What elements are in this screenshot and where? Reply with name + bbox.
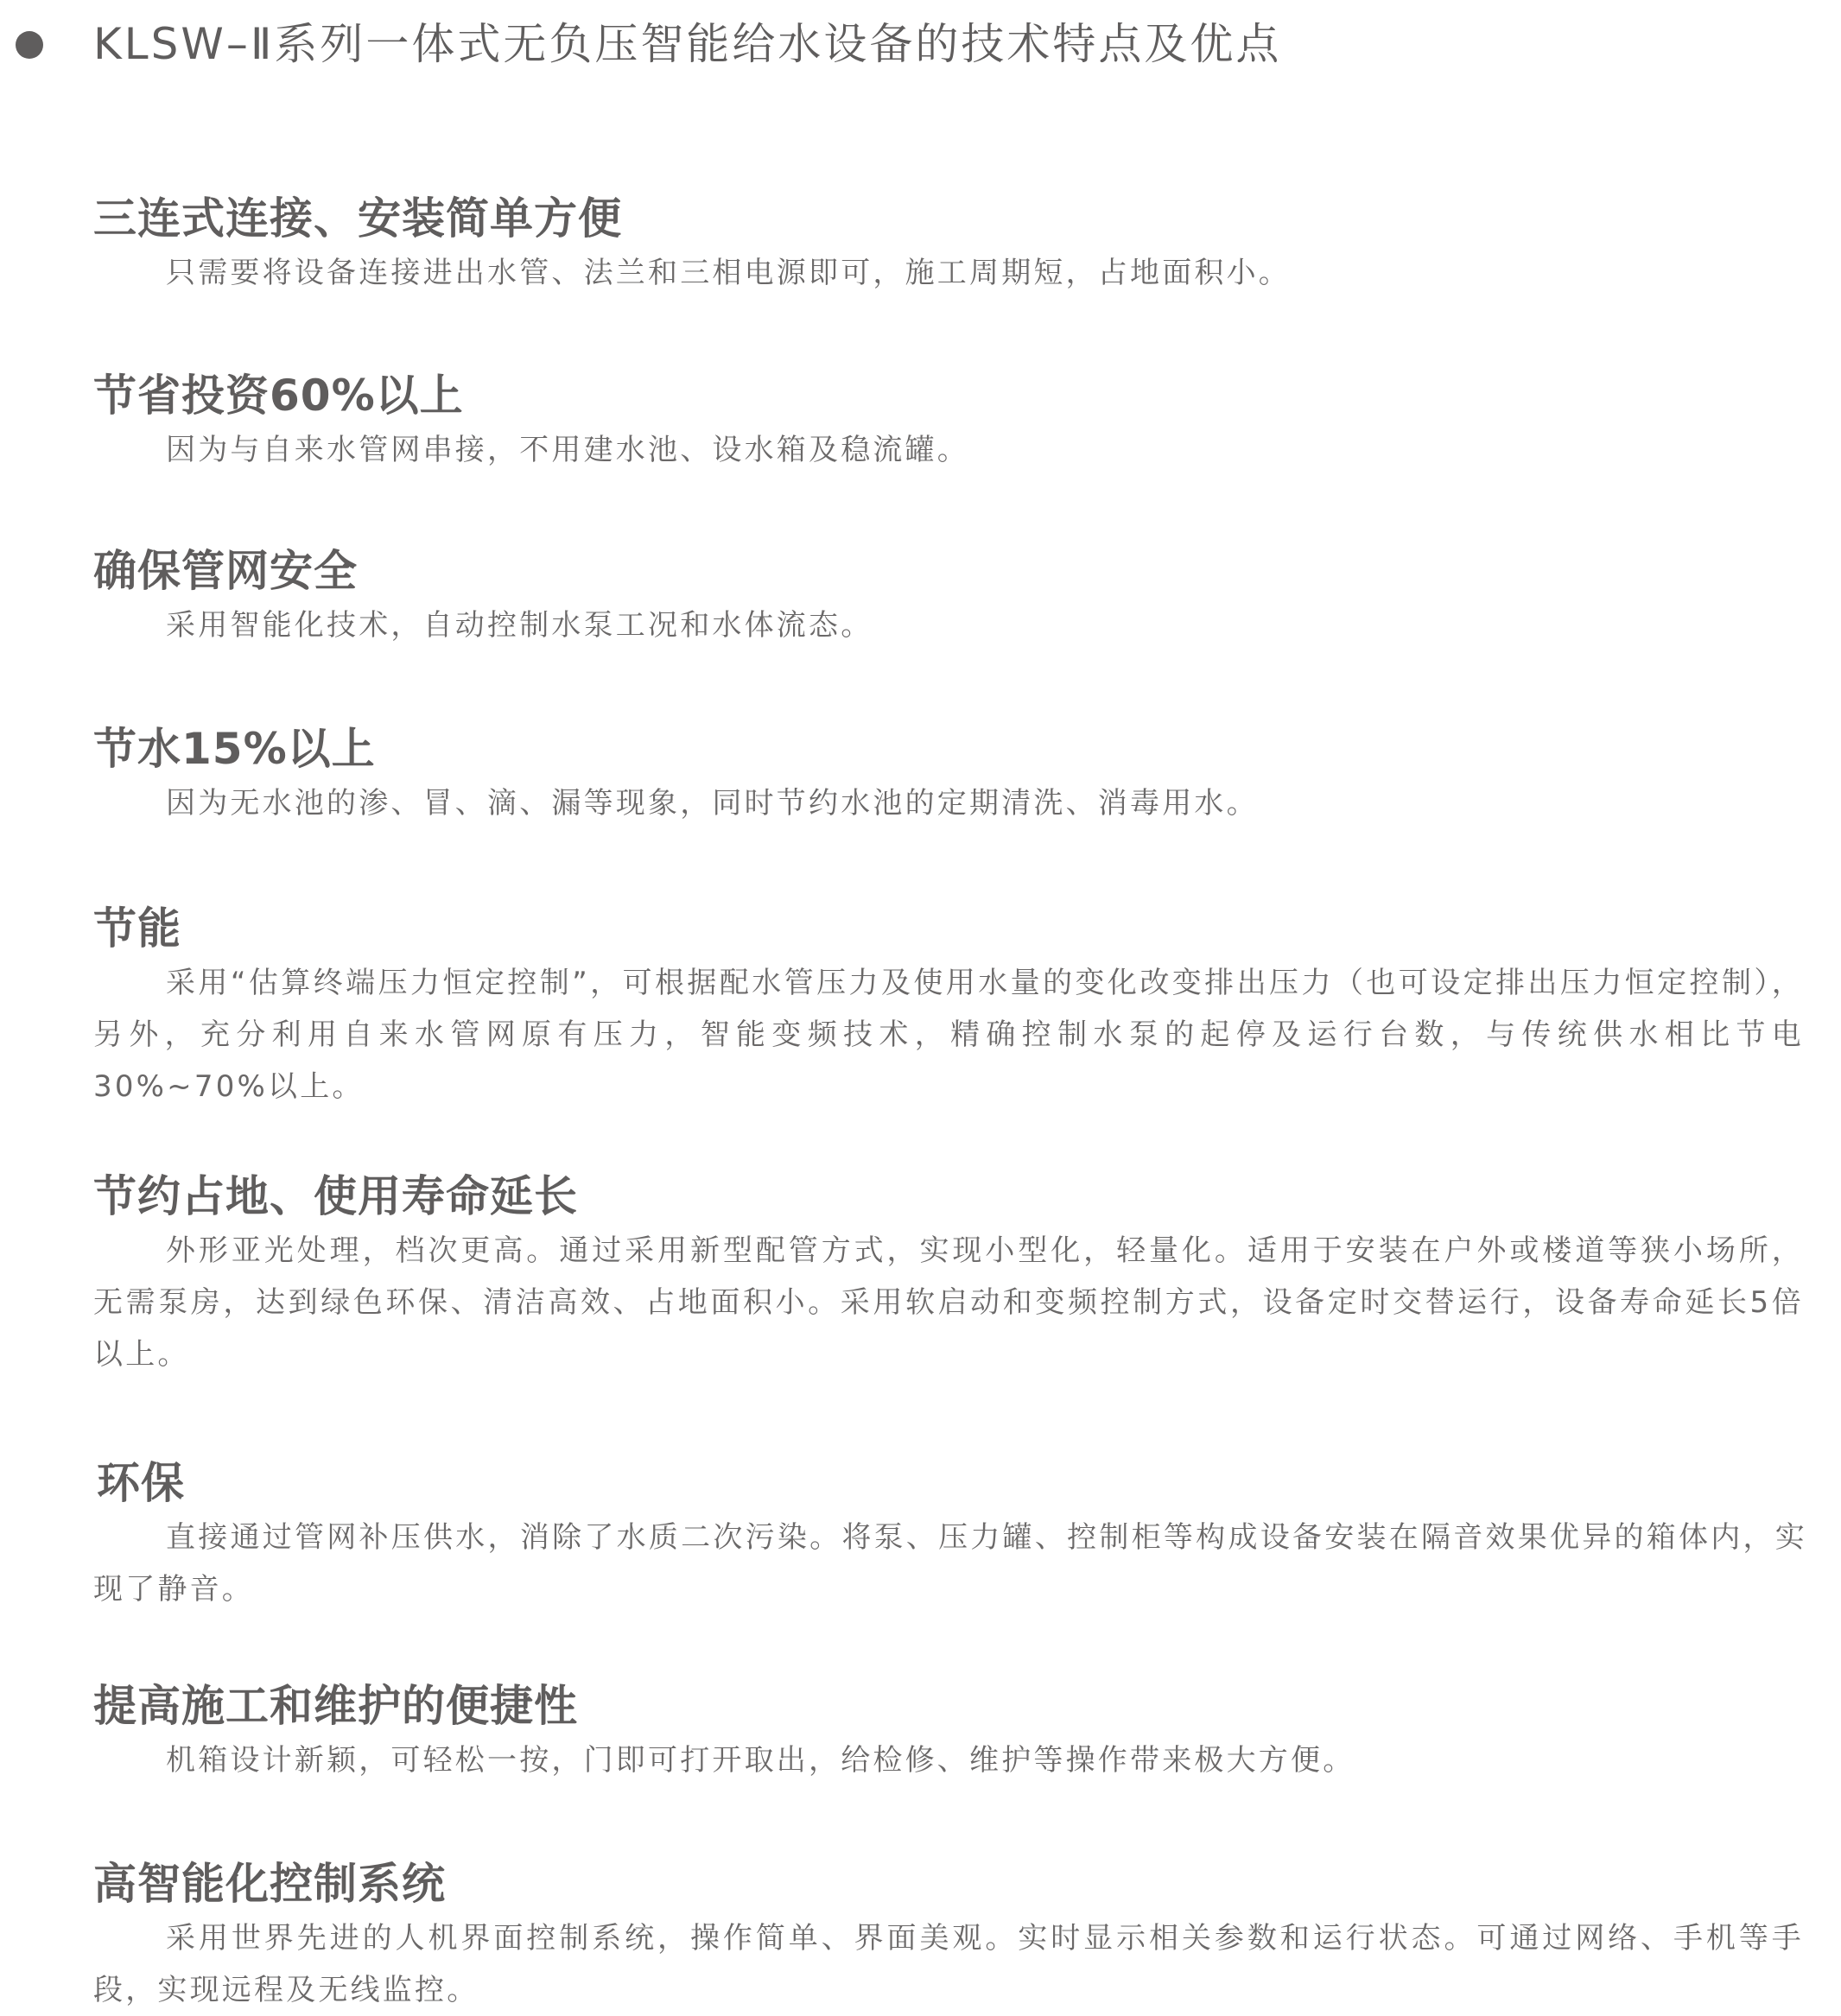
section-title: 节约占地、使用寿命延长 bbox=[93, 1168, 1804, 1225]
section-network-safety: 确保管网安全 采用智能化技术，自动控制水泵工况和水体流态。 bbox=[93, 542, 1804, 651]
section-title: 节水15%以上 bbox=[93, 720, 1804, 777]
section-body: 外形亚光处理，档次更高。通过采用新型配管方式，实现小型化，轻量化。适用于安装在户… bbox=[93, 1225, 1804, 1380]
section-space-lifespan: 节约占地、使用寿命延长 外形亚光处理，档次更高。通过采用新型配管方式，实现小型化… bbox=[93, 1168, 1804, 1380]
section-energy-saving: 节能 采用“估算终端压力恒定控制”，可根据配水管压力及使用水量的变化改变排出压力… bbox=[93, 900, 1804, 1113]
section-body: 采用世界先进的人机界面控制系统，操作简单、界面美观。实时显示相关参数和运行状态。… bbox=[93, 1912, 1804, 2016]
section-body: 直接通过管网补压供水，消除了水质二次污染。将泵、压力罐、控制柜等构成设备安装在隔… bbox=[93, 1512, 1807, 1615]
section-title: 提高施工和维护的便捷性 bbox=[93, 1677, 1804, 1734]
section-body: 因为与自来水管网串接，不用建水池、设水箱及稳流罐。 bbox=[93, 424, 1804, 476]
bullet-dot-icon bbox=[16, 31, 43, 59]
section-title: 高智能化控制系统 bbox=[93, 1855, 1804, 1912]
section-body: 机箱设计新颖，可轻松一按，门即可打开取出，给检修、维护等操作带来极大方便。 bbox=[93, 1734, 1804, 1786]
section-body: 只需要将设备连接进出水管、法兰和三相电源即可，施工周期短，占地面积小。 bbox=[93, 247, 1804, 299]
section-title: 三连式连接、安装简单方便 bbox=[93, 190, 1804, 247]
section-water-saving: 节水15%以上 因为无水池的渗、冒、滴、漏等现象，同时节约水池的定期清洗、消毒用… bbox=[93, 720, 1804, 829]
section-body: 采用“估算终端压力恒定控制”，可根据配水管压力及使用水量的变化改变排出压力（也可… bbox=[93, 957, 1804, 1113]
page-header: KLSW–Ⅱ系列一体式无负压智能给水设备的技术特点及优点 bbox=[0, 0, 1841, 86]
page-title: KLSW–Ⅱ系列一体式无负压智能给水设备的技术特点及优点 bbox=[93, 16, 1281, 73]
section-easy-installation: 三连式连接、安装简单方便 只需要将设备连接进出水管、法兰和三相电源即可，施工周期… bbox=[93, 190, 1804, 299]
section-body: 采用智能化技术，自动控制水泵工况和水体流态。 bbox=[93, 599, 1804, 651]
section-body: 因为无水池的渗、冒、滴、漏等现象，同时节约水池的定期清洗、消毒用水。 bbox=[93, 777, 1804, 829]
section-environmental: 环保 直接通过管网补压供水，消除了水质二次污染。将泵、压力罐、控制柜等构成设备安… bbox=[97, 1455, 1807, 1615]
section-maintenance-convenience: 提高施工和维护的便捷性 机箱设计新颖，可轻松一按，门即可打开取出，给检修、维护等… bbox=[93, 1677, 1804, 1786]
section-intelligent-control: 高智能化控制系统 采用世界先进的人机界面控制系统，操作简单、界面美观。实时显示相… bbox=[93, 1855, 1804, 2016]
section-title: 节能 bbox=[93, 900, 1804, 957]
section-title: 确保管网安全 bbox=[93, 542, 1804, 599]
section-title: 节省投资60%以上 bbox=[93, 367, 1804, 424]
section-investment-saving: 节省投资60%以上 因为与自来水管网串接，不用建水池、设水箱及稳流罐。 bbox=[93, 367, 1804, 476]
section-title: 环保 bbox=[97, 1455, 1807, 1512]
